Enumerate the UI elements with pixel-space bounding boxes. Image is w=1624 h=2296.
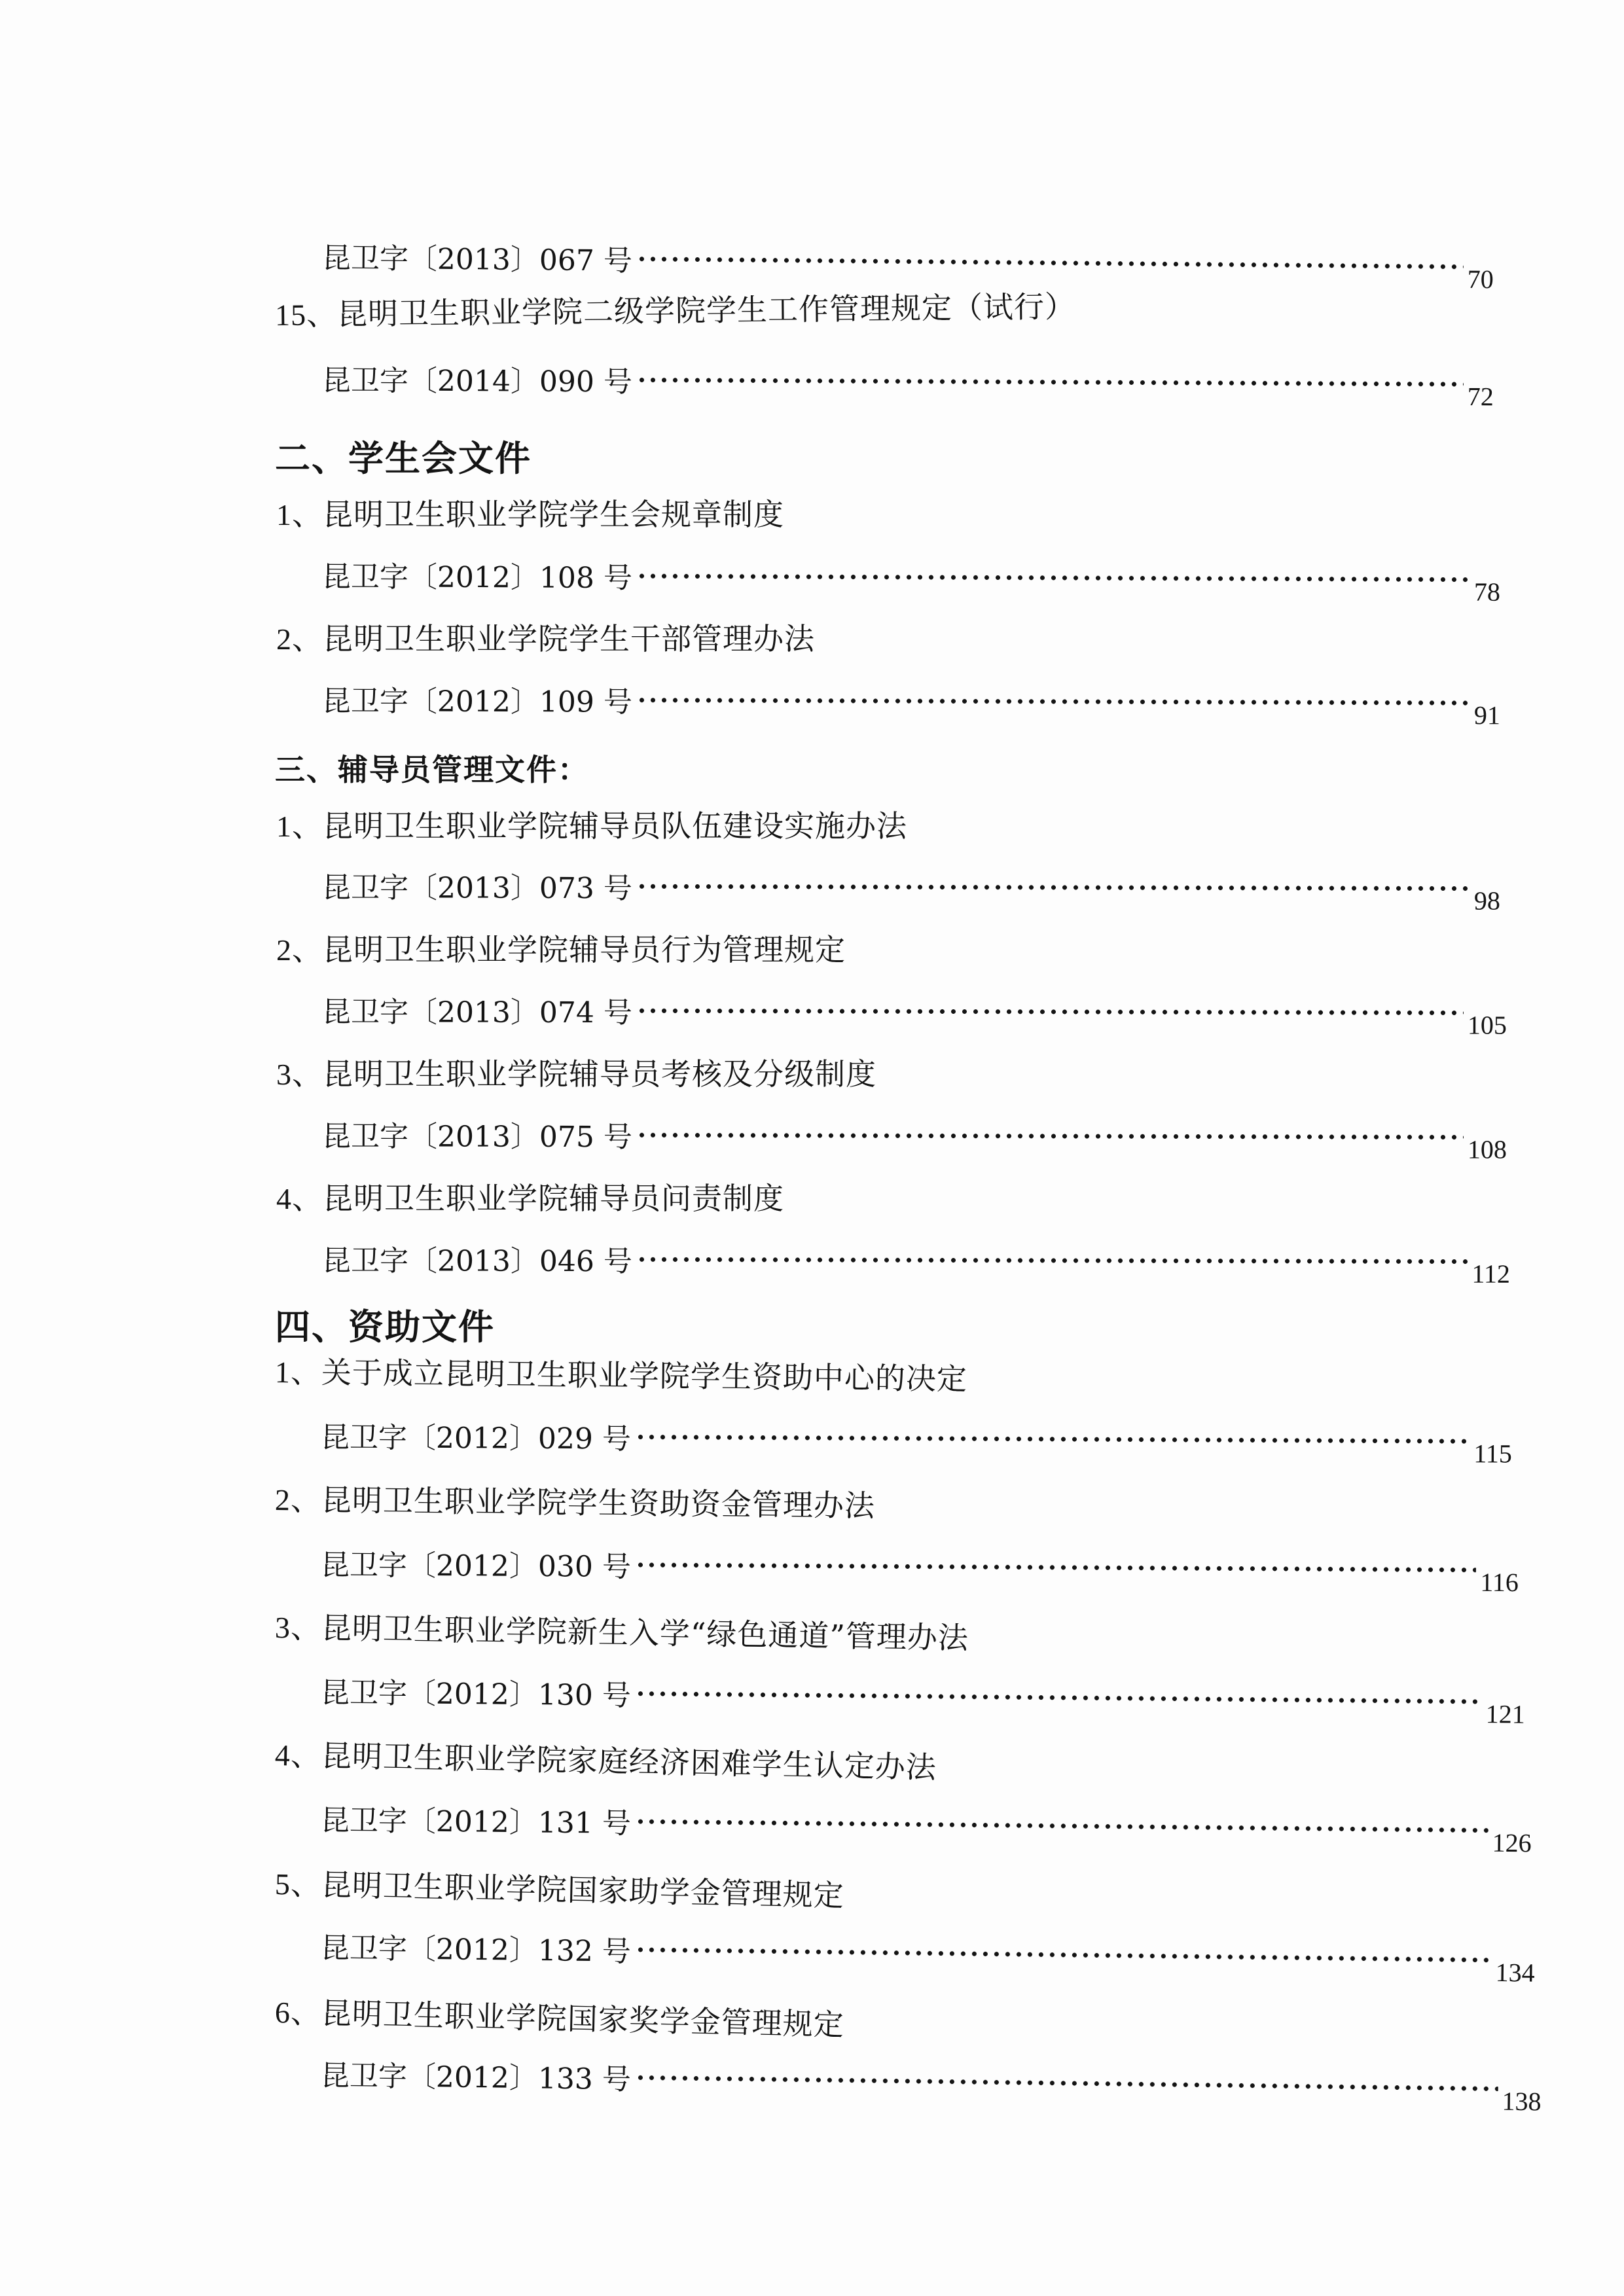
dot-leader xyxy=(635,1946,1492,1963)
toc-entry[interactable]: 2、 昆明卫生职业学院学生资助资金管理办法 xyxy=(275,1476,876,1526)
toc-entry[interactable]: 6、 昆明卫生职业学院国家奖学金管理规定 xyxy=(274,1988,844,2045)
entry-title: 昆明卫生职业学院学生会规章制度 xyxy=(323,491,784,534)
dot-leader xyxy=(635,1818,1489,1833)
toc-ref-line: 昆卫字〔2012〕030 号 116 xyxy=(321,1541,1519,1590)
document-ref: 昆卫字〔2012〕108 号 xyxy=(322,553,632,596)
toc-ref-line: 昆卫字〔2013〕073 号 98 xyxy=(322,864,1500,909)
section-heading: 二、学生会文件 xyxy=(275,431,532,481)
toc-entry[interactable]: 1、 昆明卫生职业学院学生会规章制度 xyxy=(276,491,784,534)
entry-title: 昆明卫生职业学院学生干部管理办法 xyxy=(323,615,815,658)
document-ref: 昆卫字〔2013〕067 号 xyxy=(322,234,633,279)
toc-ref-line: 昆卫字〔2012〕133 号 138 xyxy=(321,2052,1542,2109)
page-number: 112 xyxy=(1471,1259,1510,1289)
toc-entry[interactable]: 1、 昆明卫生职业学院辅导员队伍建设实施办法 xyxy=(276,802,907,846)
entry-number: 3、 xyxy=(274,1604,321,1647)
section-heading: 四、资助文件 xyxy=(275,1299,495,1350)
entry-title: 昆明卫生职业学院新生入学“绿色通道”管理办法 xyxy=(321,1604,969,1658)
page-number: 72 xyxy=(1468,381,1494,412)
page-number: 105 xyxy=(1468,1010,1507,1041)
toc-ref-line: 昆卫字〔2012〕132 号 134 xyxy=(321,1924,1536,1981)
toc-ref-line: 昆卫字〔2012〕131 号 126 xyxy=(321,1797,1532,1851)
page-number: 70 xyxy=(1468,264,1494,295)
section-heading: 三、辅导员管理文件： xyxy=(275,746,589,789)
toc-entry[interactable]: 4、 昆明卫生职业学院辅导员问责制度 xyxy=(276,1175,784,1218)
toc-ref-line: 昆卫字〔2012〕130 号 121 xyxy=(321,1669,1526,1723)
dot-leader xyxy=(636,696,1470,706)
document-ref: 昆卫字〔2014〕090 号 xyxy=(322,357,632,400)
dot-leader xyxy=(636,1007,1464,1015)
document-ref: 昆卫字〔2012〕132 号 xyxy=(321,1924,632,1970)
dot-leader xyxy=(635,1690,1482,1704)
toc-ref-line: 昆卫字〔2014〕090 号 72 xyxy=(322,357,1494,404)
dot-leader xyxy=(635,2073,1498,2091)
dot-leader xyxy=(636,572,1470,583)
page-number: 116 xyxy=(1480,1567,1519,1598)
entry-number: 2、 xyxy=(275,1476,322,1520)
entry-number: 1、 xyxy=(276,491,323,534)
entry-title: 关于成立昆明卫生职业学院学生资助中心的决定 xyxy=(321,1349,968,1399)
dot-leader xyxy=(636,1131,1464,1139)
entry-number: 3、 xyxy=(276,1050,323,1094)
toc-ref-line: 昆卫字〔2012〕029 号 115 xyxy=(321,1414,1512,1462)
toc-ref-line: 昆卫字〔2013〕046 号 112 xyxy=(322,1237,1510,1282)
entry-number: 4、 xyxy=(276,1175,323,1218)
dot-leader xyxy=(636,1255,1468,1264)
entry-title: 昆明卫生职业学院辅导员问责制度 xyxy=(323,1175,784,1218)
entry-number: 4、 xyxy=(274,1731,321,1775)
entry-title: 昆明卫生职业学院辅导员行为管理规定 xyxy=(323,926,846,969)
toc-ref-line: 昆卫字〔2012〕109 号 91 xyxy=(322,677,1500,723)
document-ref: 昆卫字〔2013〕074 号 xyxy=(322,988,632,1031)
page-number: 121 xyxy=(1486,1698,1525,1730)
page-number: 134 xyxy=(1495,1957,1535,1988)
dot-leader xyxy=(635,1561,1477,1573)
dot-leader xyxy=(636,882,1470,891)
page-number: 138 xyxy=(1502,2086,1542,2117)
entry-number: 1、 xyxy=(276,802,323,846)
entry-number: 2、 xyxy=(276,926,323,969)
page-number: 78 xyxy=(1474,577,1500,607)
toc-entry[interactable]: 5、 昆明卫生职业学院国家助学金管理规定 xyxy=(274,1860,844,1915)
toc-entry[interactable]: 15、 昆明卫生职业学院二级学院学生工作管理规定（试行） xyxy=(275,283,1076,334)
entry-title: 昆明卫生职业学院学生资助资金管理办法 xyxy=(321,1477,876,1526)
toc-ref-line: 昆卫字〔2012〕108 号 78 xyxy=(322,553,1500,600)
entry-title: 昆明卫生职业学院辅导员队伍建设实施办法 xyxy=(323,802,907,846)
toc-entry[interactable]: 3、 昆明卫生职业学院辅导员考核及分级制度 xyxy=(276,1050,876,1094)
document-ref: 昆卫字〔2012〕109 号 xyxy=(322,677,632,721)
document-ref: 昆卫字〔2012〕131 号 xyxy=(321,1797,632,1842)
document-ref: 昆卫字〔2012〕133 号 xyxy=(321,2052,632,2098)
toc-ref-line: 昆卫字〔2013〕067 号 70 xyxy=(322,234,1494,287)
entry-number: 5、 xyxy=(274,1860,321,1904)
page-number: 126 xyxy=(1492,1827,1531,1859)
toc-entry[interactable]: 1、 关于成立昆明卫生职业学院学生资助中心的决定 xyxy=(275,1348,968,1399)
toc-entry[interactable]: 2、 昆明卫生职业学院学生干部管理办法 xyxy=(276,615,815,658)
toc-entry[interactable]: 3、 昆明卫生职业学院新生入学“绿色通道”管理办法 xyxy=(274,1604,969,1658)
document-ref: 昆卫字〔2013〕046 号 xyxy=(322,1237,632,1280)
page-number: 115 xyxy=(1473,1438,1512,1469)
dot-leader xyxy=(635,1433,1470,1444)
entry-title: 昆明卫生职业学院家庭经济困难学生认定办法 xyxy=(321,1732,937,1787)
page-number: 108 xyxy=(1468,1134,1507,1165)
toc-ref-line: 昆卫字〔2013〕075 号 108 xyxy=(322,1113,1507,1158)
toc-entry[interactable]: 4、 昆明卫生职业学院家庭经济困难学生认定办法 xyxy=(274,1731,937,1787)
entry-title: 昆明卫生职业学院辅导员考核及分级制度 xyxy=(323,1050,876,1094)
dot-leader xyxy=(636,255,1464,270)
entry-title: 昆明卫生职业学院二级学院学生工作管理规定（试行） xyxy=(337,283,1076,334)
page-number: 98 xyxy=(1474,886,1500,916)
entry-title: 昆明卫生职业学院国家奖学金管理规定 xyxy=(321,1990,844,2045)
entry-title: 昆明卫生职业学院国家助学金管理规定 xyxy=(321,1861,844,1915)
document-ref: 昆卫字〔2012〕130 号 xyxy=(321,1669,632,1714)
entry-number: 15、 xyxy=(275,291,338,334)
document-ref: 昆卫字〔2013〕075 号 xyxy=(322,1113,632,1155)
document-ref: 昆卫字〔2012〕029 号 xyxy=(321,1414,631,1457)
toc-page: 昆卫字〔2013〕067 号 70 15、 昆明卫生职业学院二级学院学生工作管理… xyxy=(0,0,1624,2296)
dot-leader xyxy=(636,376,1464,387)
page-number: 91 xyxy=(1474,700,1500,730)
entry-number: 2、 xyxy=(276,615,323,658)
toc-ref-line: 昆卫字〔2013〕074 号 105 xyxy=(322,988,1507,1033)
document-ref: 昆卫字〔2013〕073 号 xyxy=(322,864,632,906)
toc-entry[interactable]: 2、 昆明卫生职业学院辅导员行为管理规定 xyxy=(276,926,846,969)
document-ref: 昆卫字〔2012〕030 号 xyxy=(321,1541,631,1585)
entry-number: 1、 xyxy=(275,1348,322,1392)
entry-number: 6、 xyxy=(274,1988,321,2033)
